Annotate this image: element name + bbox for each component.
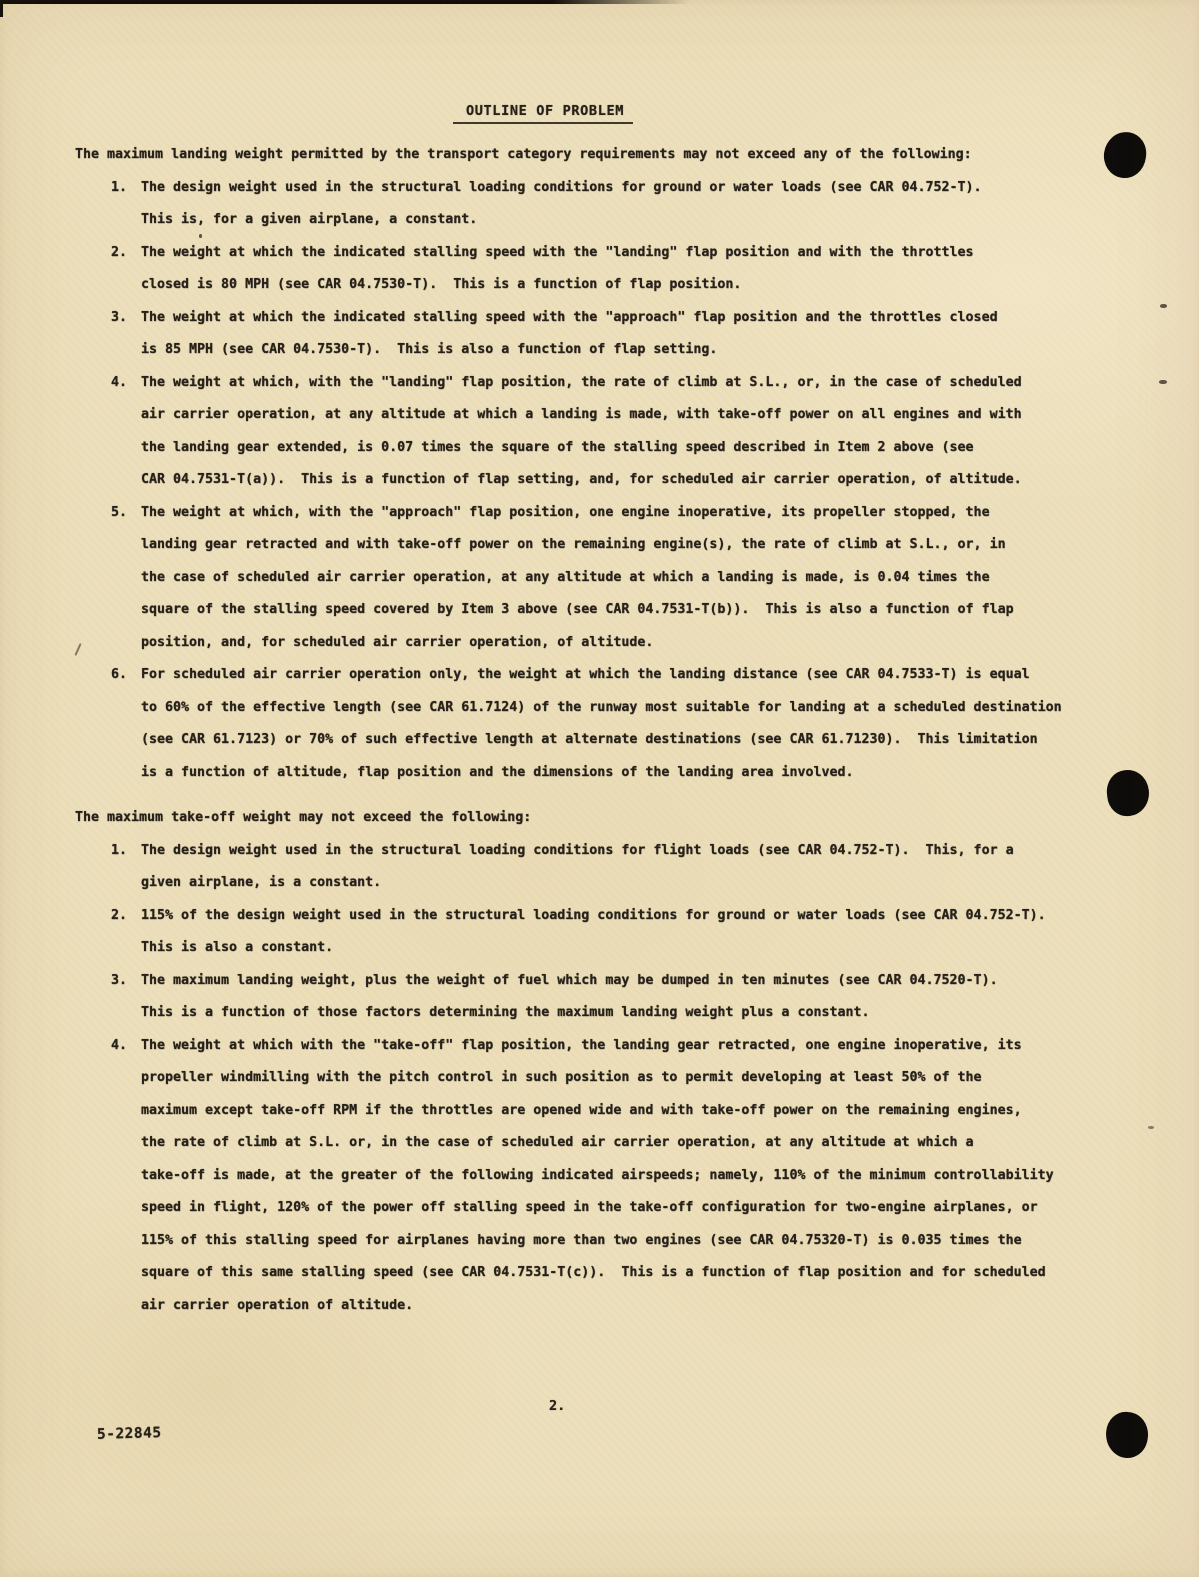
item-number: 3. (111, 302, 133, 335)
item-number: 5. (111, 497, 133, 530)
text-line: For scheduled air carrier operation only… (141, 659, 1062, 692)
item-lines: The weight at which, with the "landing" … (141, 367, 1022, 497)
item-lines: 115% of the design weight used in the st… (141, 900, 1046, 965)
text-line: The design weight used in the structural… (141, 172, 982, 205)
text-line: This is a function of those factors dete… (141, 997, 998, 1030)
punch-hole-bottom (1104, 1411, 1149, 1460)
ink-speck (1148, 1126, 1154, 1129)
item-lines: The weight at which the indicated stalli… (141, 237, 974, 302)
item-lines: The design weight used in the structural… (141, 835, 1014, 900)
text-line: 115% of the design weight used in the st… (141, 900, 1046, 933)
sections-container: The maximum landing weight permitted by … (75, 139, 1085, 1322)
text-line: given airplane, is a constant. (141, 867, 1014, 900)
item-number: 1. (111, 172, 133, 205)
list-item: 4.The weight at which with the "take-off… (75, 1030, 1085, 1323)
ink-speck (1160, 304, 1167, 308)
text-line: The weight at which with the "take-off" … (141, 1030, 1054, 1063)
document-section-1: The maximum landing weight permitted by … (75, 139, 1085, 789)
text-line: square of this same stalling speed (see … (141, 1257, 1054, 1290)
text-line: CAR 04.7531-T(a)). This is a function of… (141, 464, 1022, 497)
item-number: 2. (111, 900, 133, 933)
text-line: air carrier operation, at any altitude a… (141, 399, 1022, 432)
item-lines: The weight at which with the "take-off" … (141, 1030, 1054, 1323)
section-intro: The maximum landing weight permitted by … (75, 139, 1085, 172)
text-line: take-off is made, at the greater of the … (141, 1160, 1054, 1193)
document-section-2: The maximum take-off weight may not exce… (75, 802, 1085, 1322)
text-line: This is, for a given airplane, a constan… (141, 204, 982, 237)
item-lines: The weight at which the indicated stalli… (141, 302, 998, 367)
list-item: 5.The weight at which, with the "approac… (75, 497, 1085, 660)
text-line: the landing gear extended, is 0.07 times… (141, 432, 1022, 465)
item-lines: The design weight used in the structural… (141, 172, 982, 237)
text-line: air carrier operation of altitude. (141, 1290, 1054, 1323)
document-content: OUTLINE OF PROBLEM The maximum landing w… (75, 103, 1085, 1322)
text-line: This is also a constant. (141, 932, 1046, 965)
ink-speck (1159, 380, 1167, 384)
item-number: 1. (111, 835, 133, 868)
list-item: 2.115% of the design weight used in the … (75, 900, 1085, 965)
paper-right-edge-shading (1157, 0, 1199, 1577)
scan-edge-top (0, 0, 690, 4)
scanned-document-page: OUTLINE OF PROBLEM The maximum landing w… (0, 0, 1199, 1577)
text-line: 115% of this stalling speed for airplane… (141, 1225, 1054, 1258)
item-number: 2. (111, 237, 133, 270)
text-line: is 85 MPH (see CAR 04.7530-T). This is a… (141, 334, 998, 367)
item-number: 3. (111, 965, 133, 998)
text-line: is a function of altitude, flap position… (141, 757, 1062, 790)
list-item: 3.The maximum landing weight, plus the w… (75, 965, 1085, 1030)
list-item: 1.The design weight used in the structur… (75, 172, 1085, 237)
scan-edge-corner (0, 0, 3, 17)
title-row: OUTLINE OF PROBLEM (75, 103, 1011, 124)
text-line: The weight at which the indicated stalli… (141, 237, 974, 270)
text-line: to 60% of the effective length (see CAR … (141, 692, 1062, 725)
page-number: 2. (549, 1390, 565, 1423)
text-line: the case of scheduled air carrier operat… (141, 562, 1014, 595)
item-lines: The maximum landing weight, plus the wei… (141, 965, 998, 1030)
text-line: The weight at which, with the "landing" … (141, 367, 1022, 400)
text-line: square of the stalling speed covered by … (141, 594, 1014, 627)
text-line: maximum except take-off RPM if the throt… (141, 1095, 1054, 1128)
text-line: closed is 80 MPH (see CAR 04.7530-T). Th… (141, 269, 974, 302)
item-number: 4. (111, 367, 133, 400)
text-line: position, and, for scheduled air carrier… (141, 627, 1014, 660)
item-lines: The weight at which, with the "approach"… (141, 497, 1014, 660)
punch-hole-middle (1105, 768, 1152, 818)
list-item: 6.For scheduled air carrier operation on… (75, 659, 1085, 789)
text-line: the rate of climb at S.L. or, in the cas… (141, 1127, 1054, 1160)
item-number: 6. (111, 659, 133, 692)
list-item: 3.The weight at which the indicated stal… (75, 302, 1085, 367)
text-line: (see CAR 61.7123) or 70% of such effecti… (141, 724, 1062, 757)
ink-speck (199, 234, 202, 238)
form-number: 5-22845 (97, 1425, 162, 1443)
text-line: propeller windmilling with the pitch con… (141, 1062, 1054, 1095)
text-line: The maximum landing weight, plus the wei… (141, 965, 998, 998)
list-item: 1.The design weight used in the structur… (75, 835, 1085, 900)
text-line: The weight at which, with the "approach"… (141, 497, 1014, 530)
text-line: The design weight used in the structural… (141, 835, 1014, 868)
list-item: 4.The weight at which, with the "landing… (75, 367, 1085, 497)
text-line: landing gear retracted and with take-off… (141, 529, 1014, 562)
page-title: OUTLINE OF PROBLEM (453, 103, 633, 124)
section-intro: The maximum take-off weight may not exce… (75, 802, 1085, 835)
text-line: The weight at which the indicated stalli… (141, 302, 998, 335)
punch-hole-top (1101, 129, 1149, 180)
item-lines: For scheduled air carrier operation only… (141, 659, 1062, 789)
list-item: 2.The weight at which the indicated stal… (75, 237, 1085, 302)
text-line: speed in flight, 120% of the power off s… (141, 1192, 1054, 1225)
item-number: 4. (111, 1030, 133, 1063)
